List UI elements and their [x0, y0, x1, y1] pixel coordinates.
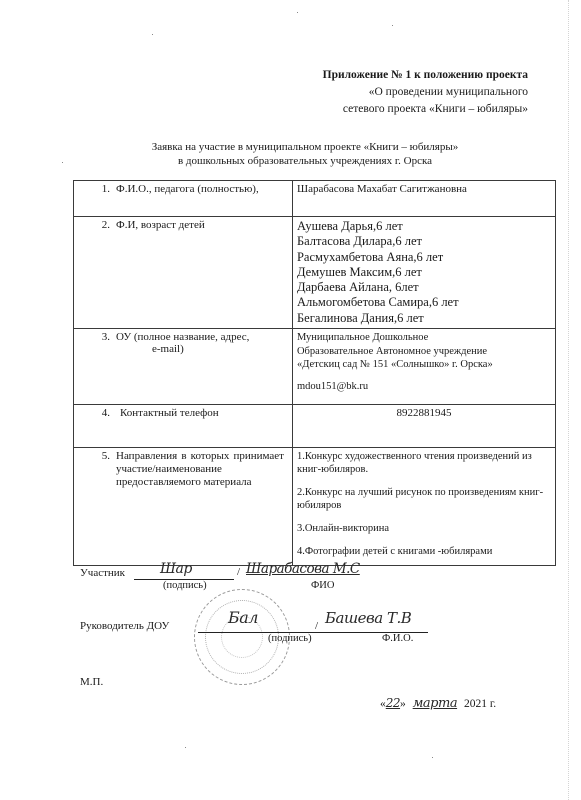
- seal-place-label: М.П.: [80, 676, 103, 688]
- date-year: 2021 г.: [464, 698, 496, 710]
- scan-speck: [432, 757, 433, 758]
- scan-speck: [297, 12, 298, 13]
- date-month: марта: [409, 696, 461, 711]
- scan-speck: [62, 162, 63, 163]
- scan-speck: [185, 747, 186, 748]
- head-signature: Бал: [228, 608, 258, 627]
- participant-signature-caption: (подпись): [163, 580, 207, 591]
- separator-slash: /: [315, 620, 318, 632]
- head-name-caption: Ф.И.О.: [382, 633, 413, 644]
- date-close-quote: »: [400, 698, 406, 710]
- scan-speck: [152, 34, 153, 35]
- separator-slash: /: [237, 566, 240, 578]
- participant-name-caption: ФИО: [311, 580, 334, 591]
- signature-section: Участник Шар / Шарабасова М.С (подпись) …: [0, 0, 581, 800]
- date-day: 22: [386, 696, 400, 710]
- participant-name-handwritten: Шарабасова М.С: [246, 561, 360, 577]
- head-name-handwritten: Башева Т.В: [325, 609, 411, 627]
- participant-signature: Шар: [160, 561, 192, 577]
- date: «22» марта 2021 г.: [380, 696, 496, 711]
- head-label: Руководитель ДОУ: [80, 620, 169, 632]
- scan-speck: [392, 25, 393, 26]
- head-signature-caption: (подпись): [268, 633, 312, 644]
- participant-label: Участник: [80, 567, 125, 579]
